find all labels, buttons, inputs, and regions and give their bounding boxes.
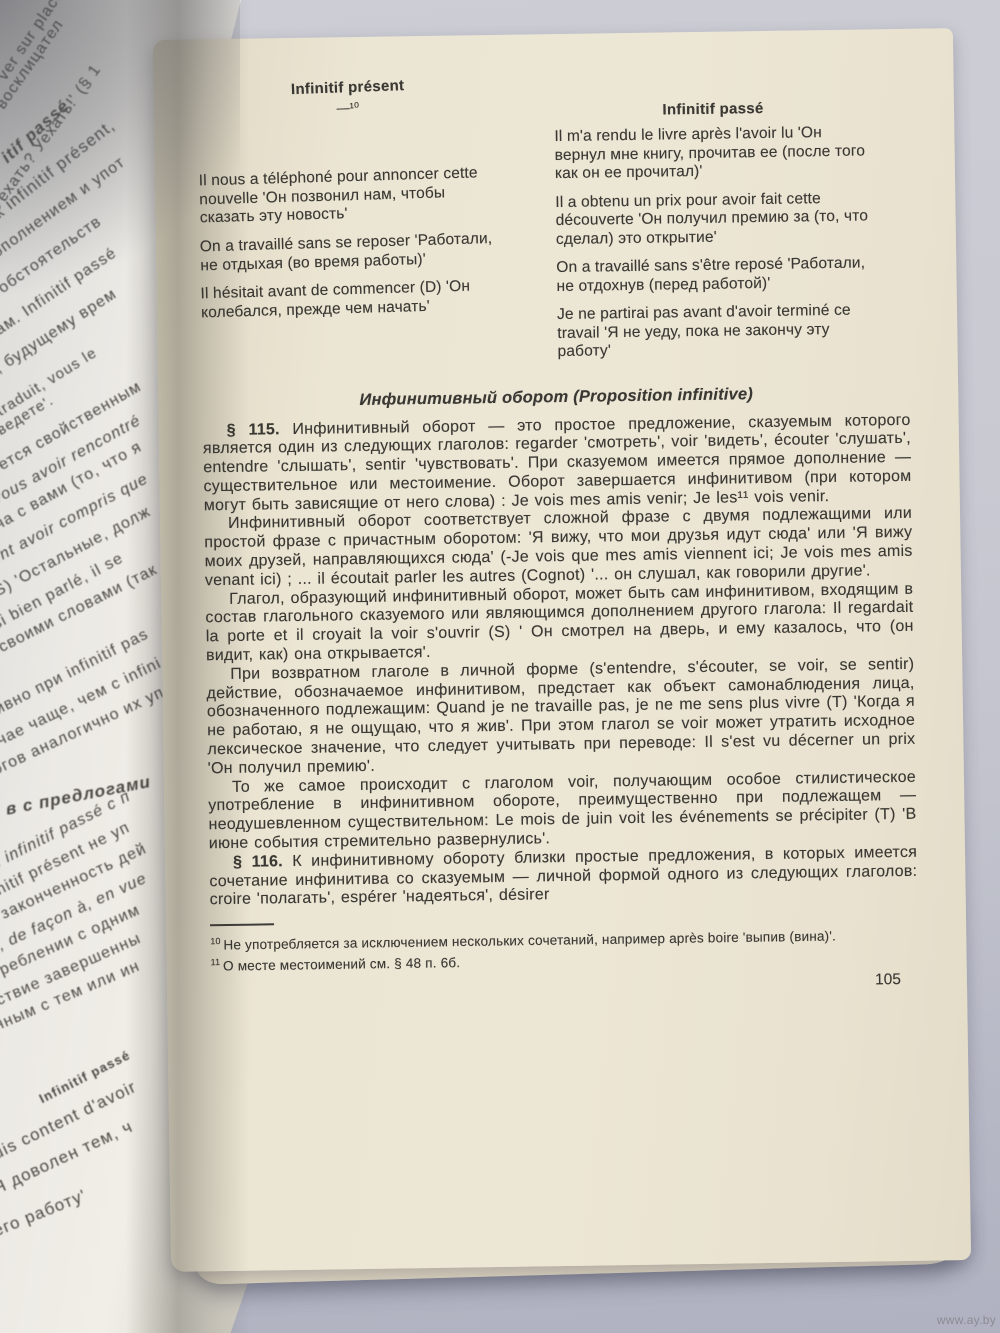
paragraph: То же самое происходит с глаголом voir, … <box>208 768 917 854</box>
footnote-divider <box>210 924 274 927</box>
section-number: § 116. <box>233 853 292 871</box>
example-item: Il m'a rendu le livre après l'avoir lu '… <box>554 123 873 183</box>
example-item: Il a obtenu un prix pour avoir fait cett… <box>555 189 874 249</box>
example-item: On a travaillé sans s'être reposé 'Работ… <box>556 254 875 296</box>
footnote-marker: 11 <box>211 957 224 967</box>
example-columns: Infinitif présent —¹⁰ Il nous a téléphon… <box>198 71 910 377</box>
book-page: Infinitif présent —¹⁰ Il nous a téléphon… <box>153 28 971 1272</box>
footnotes: 10 Не употребляется за исключением неско… <box>210 923 919 975</box>
column-infinitif-present: Infinitif présent —¹⁰ Il nous a téléphon… <box>198 77 502 377</box>
paragraph: Глагол, образующий инфинитивный оборот, … <box>205 580 914 666</box>
examples-left: Il nous a téléphoné pour annoncer cette … <box>199 166 501 320</box>
footnote-marker: 10 <box>210 936 223 946</box>
book-photo: ver sur place! 'Неных и восклицател? Уех… <box>0 0 1000 1333</box>
example-item: On a travaillé sans se reposer 'Работали… <box>200 229 501 275</box>
example-item: Il hésitait avant de commencer (D) 'Он к… <box>200 276 501 322</box>
paragraph: § 115. Инфинитивный оборот — это простое… <box>203 411 912 515</box>
watermark: www.ay.by <box>937 1313 996 1327</box>
page-number: 105 <box>211 971 919 1000</box>
column-header-infinitif-passe: Infinitif passé <box>554 98 872 120</box>
section-number: § 115. <box>227 420 293 438</box>
paragraph: § 116. К инфинитивному обороту близки пр… <box>209 844 918 911</box>
column-infinitif-passe: Infinitif passé Il m'a rendu le livre ap… <box>553 71 875 371</box>
paragraph: Инфинитивный оборот соответствует сложно… <box>204 505 913 591</box>
section-heading: Инфинитивный оборот (Proposition infinit… <box>202 382 910 412</box>
left-page-fragment: его работу' <box>0 1186 90 1242</box>
body-paragraphs: § 115. Инфинитивный оборот — это простое… <box>203 411 918 910</box>
example-item: Je ne partirai pas avant d'avoir terminé… <box>557 301 876 361</box>
paragraph: При возвратном глаголе в личной форме (s… <box>206 656 916 779</box>
examples-right: Il m'a rendu le livre après l'avoir lu '… <box>554 123 875 361</box>
page-content: Infinitif présent —¹⁰ Il nous a téléphon… <box>153 28 967 1000</box>
example-item: Il nous a téléphoné pour annoncer cette … <box>199 164 500 228</box>
